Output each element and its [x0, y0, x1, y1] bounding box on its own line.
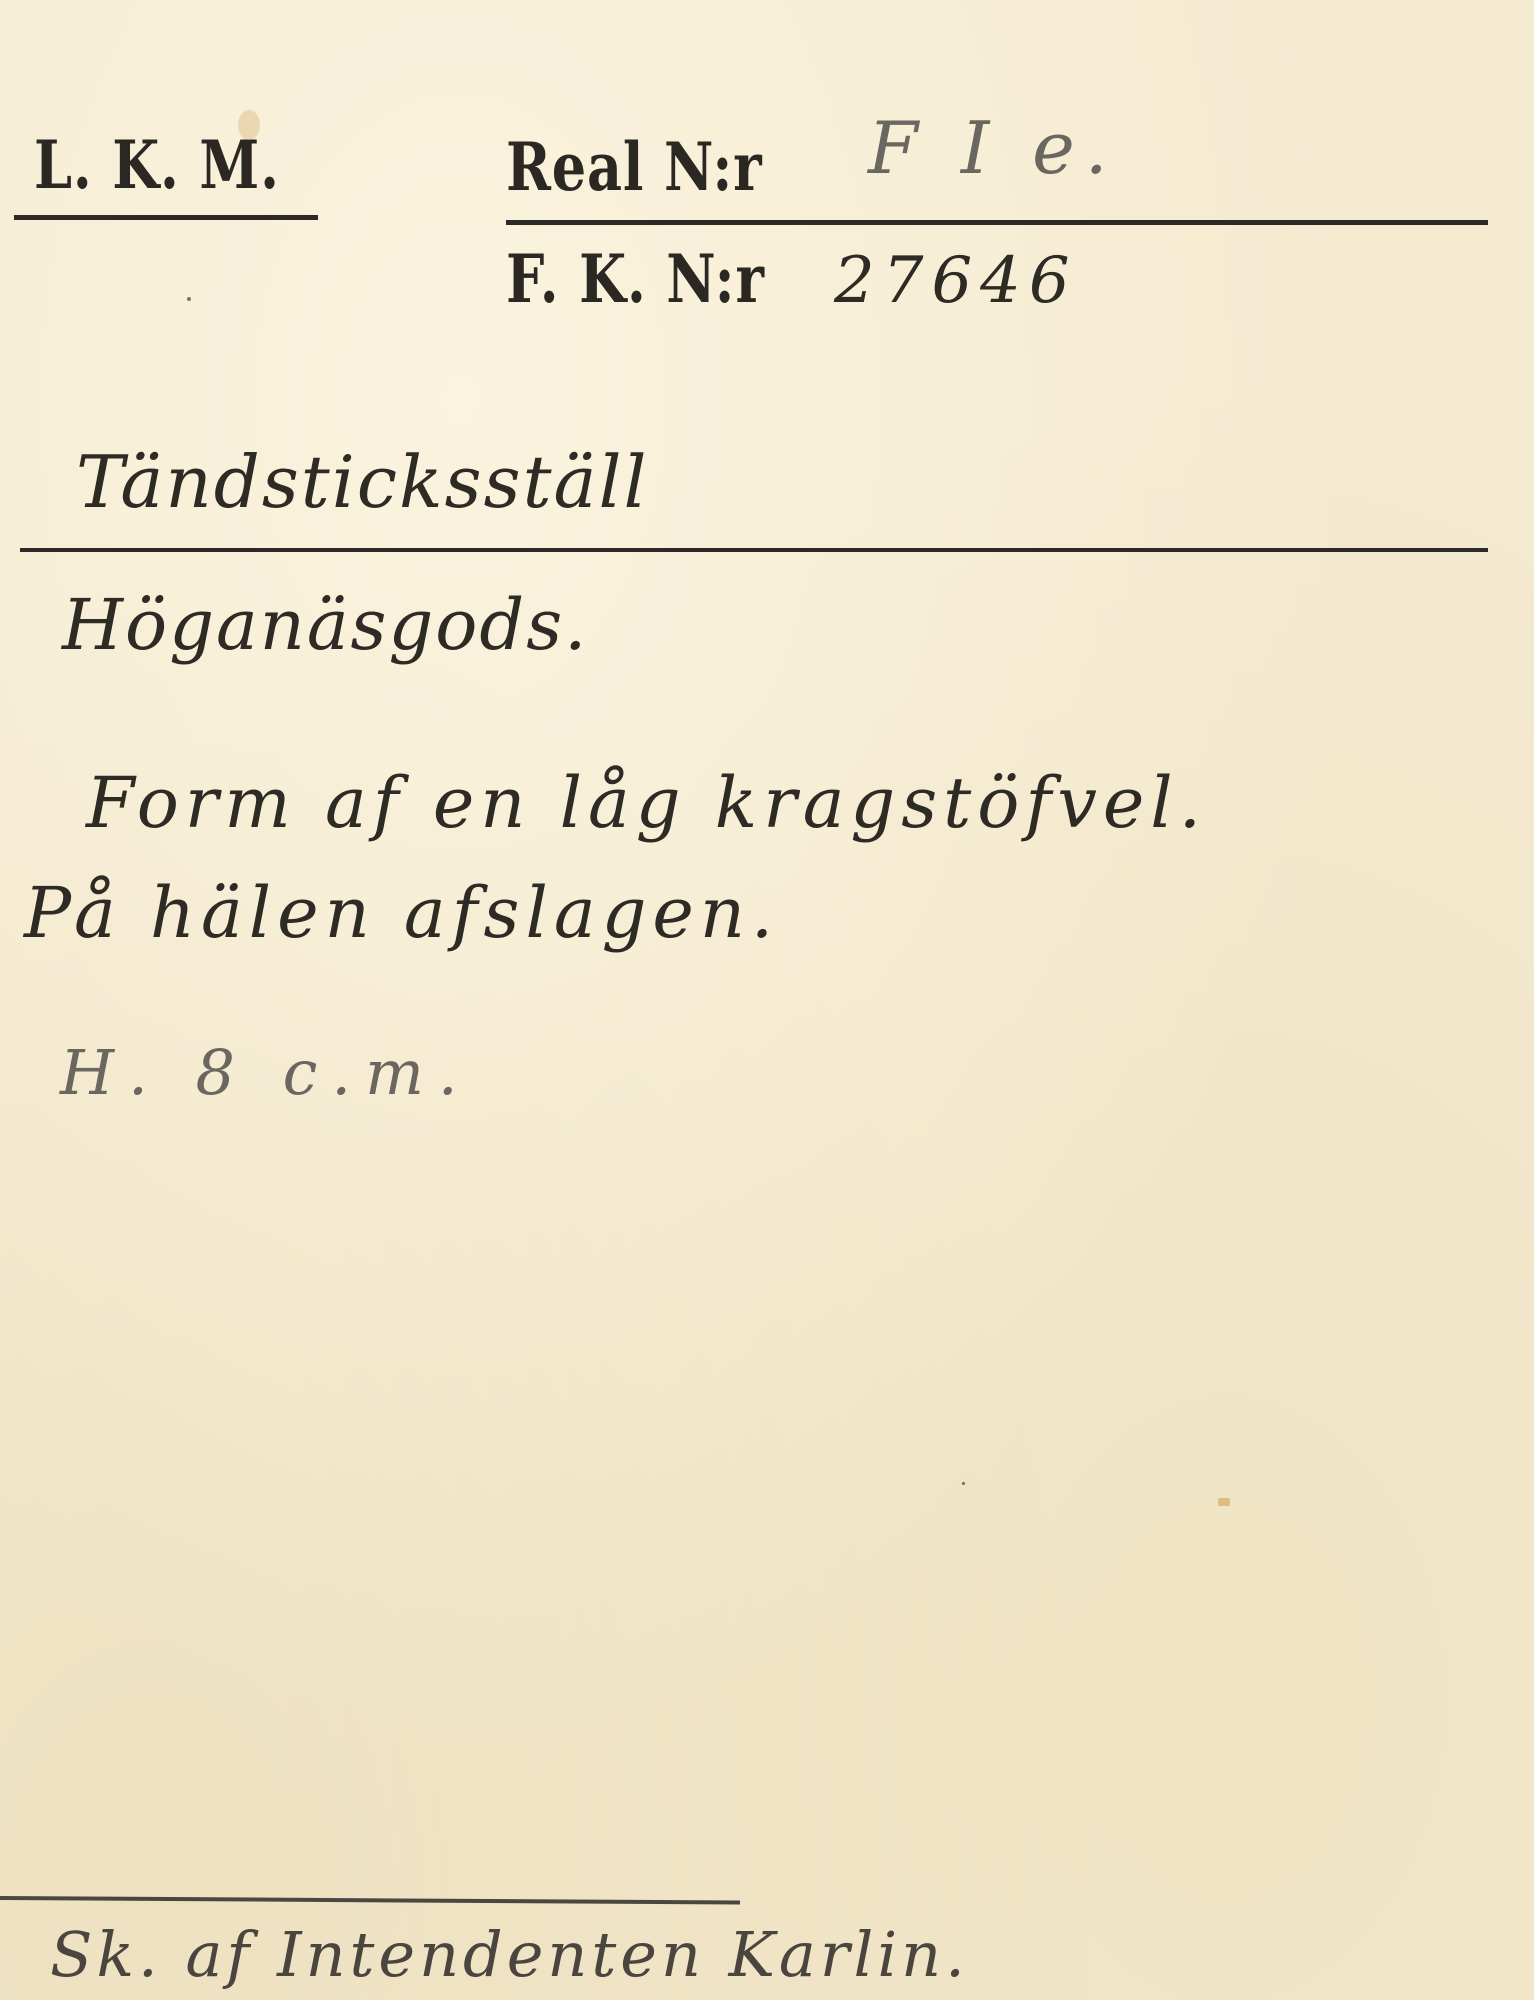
description-line-1: Form af en låg kragstöfvel. [86, 762, 1207, 844]
paper-stain [238, 110, 260, 140]
description-line-2: På hälen afslagen. [24, 872, 779, 954]
dimension: H. 8 c.m. [60, 1036, 472, 1109]
catalog-card: L. K. M. Real N:r F I e. F. K. N:r 27646… [0, 0, 1534, 2000]
paper-speck [962, 1482, 965, 1485]
fk-number-label: F. K. N:r [506, 240, 765, 318]
paper-speck [187, 297, 191, 301]
material: Höganäsgods. [62, 584, 588, 666]
fk-number-value: 27646 [834, 244, 1078, 318]
paper-stain [1218, 1498, 1230, 1506]
object-name: Tändsticksställ [76, 440, 649, 524]
museum-underline [14, 215, 318, 220]
object-name-underline [20, 548, 1488, 552]
real-number-underline [506, 220, 1488, 225]
provenance-divider [0, 1896, 740, 1905]
real-number-value: F I e. [868, 106, 1118, 190]
provenance: Sk. af Intendenten Karlin. [50, 1918, 969, 1991]
real-number-label: Real N:r [506, 128, 762, 206]
